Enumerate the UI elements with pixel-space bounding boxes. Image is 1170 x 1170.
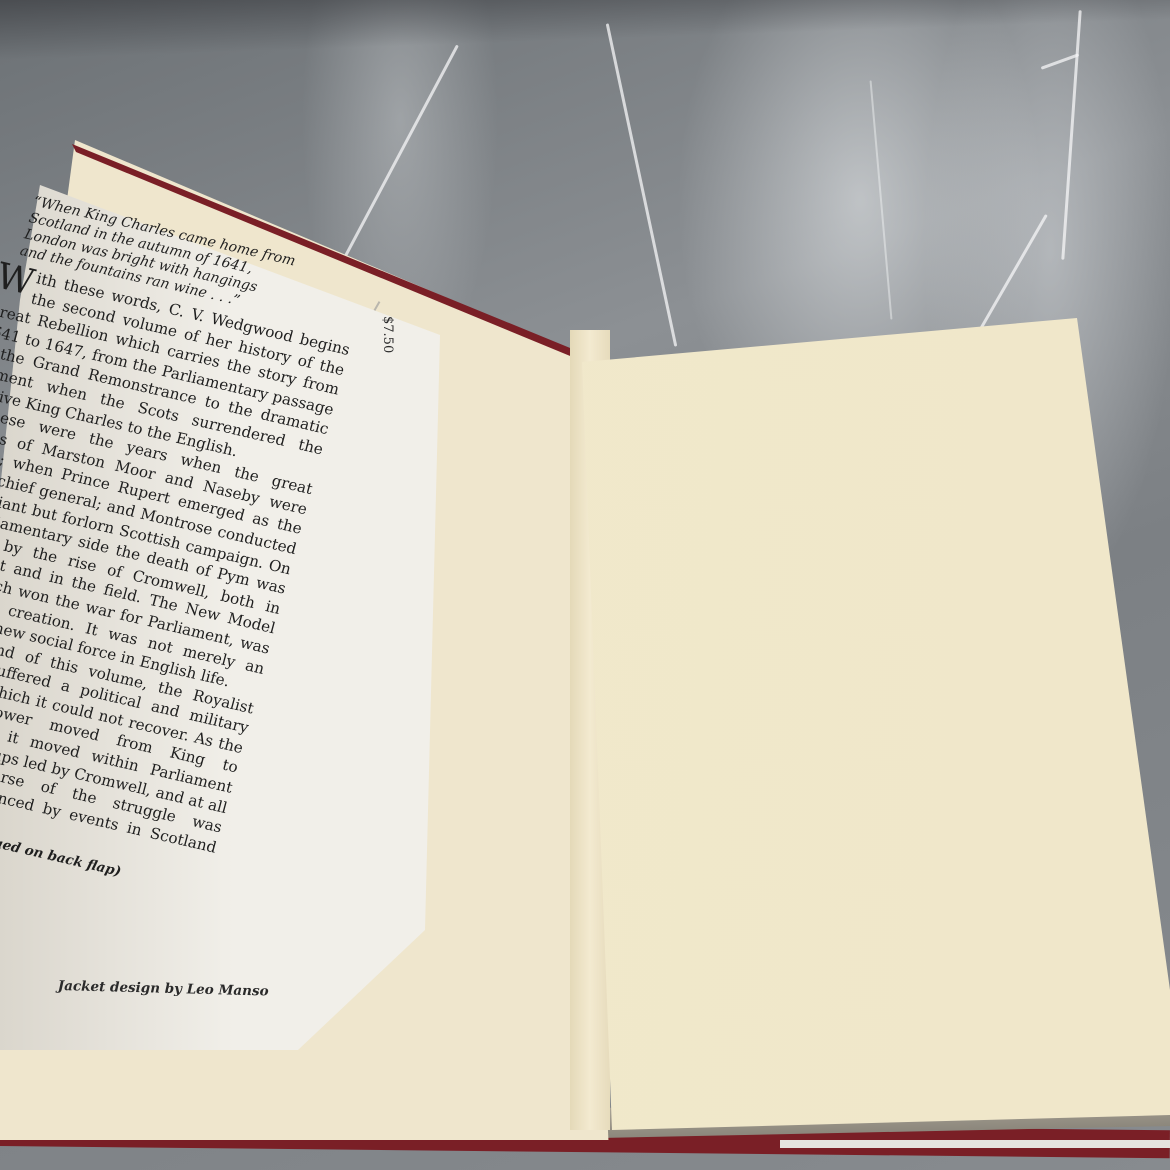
scratch-mark	[334, 45, 459, 276]
scratch-mark	[1061, 10, 1081, 260]
drop-cap: W	[0, 262, 37, 299]
scratch-mark	[1041, 53, 1080, 69]
surface-shadow	[0, 0, 1170, 60]
scratch-mark	[870, 80, 893, 319]
scratch-mark	[606, 23, 678, 346]
cover-worn-strip	[780, 1140, 1170, 1148]
price-label: $7.50	[380, 316, 395, 353]
